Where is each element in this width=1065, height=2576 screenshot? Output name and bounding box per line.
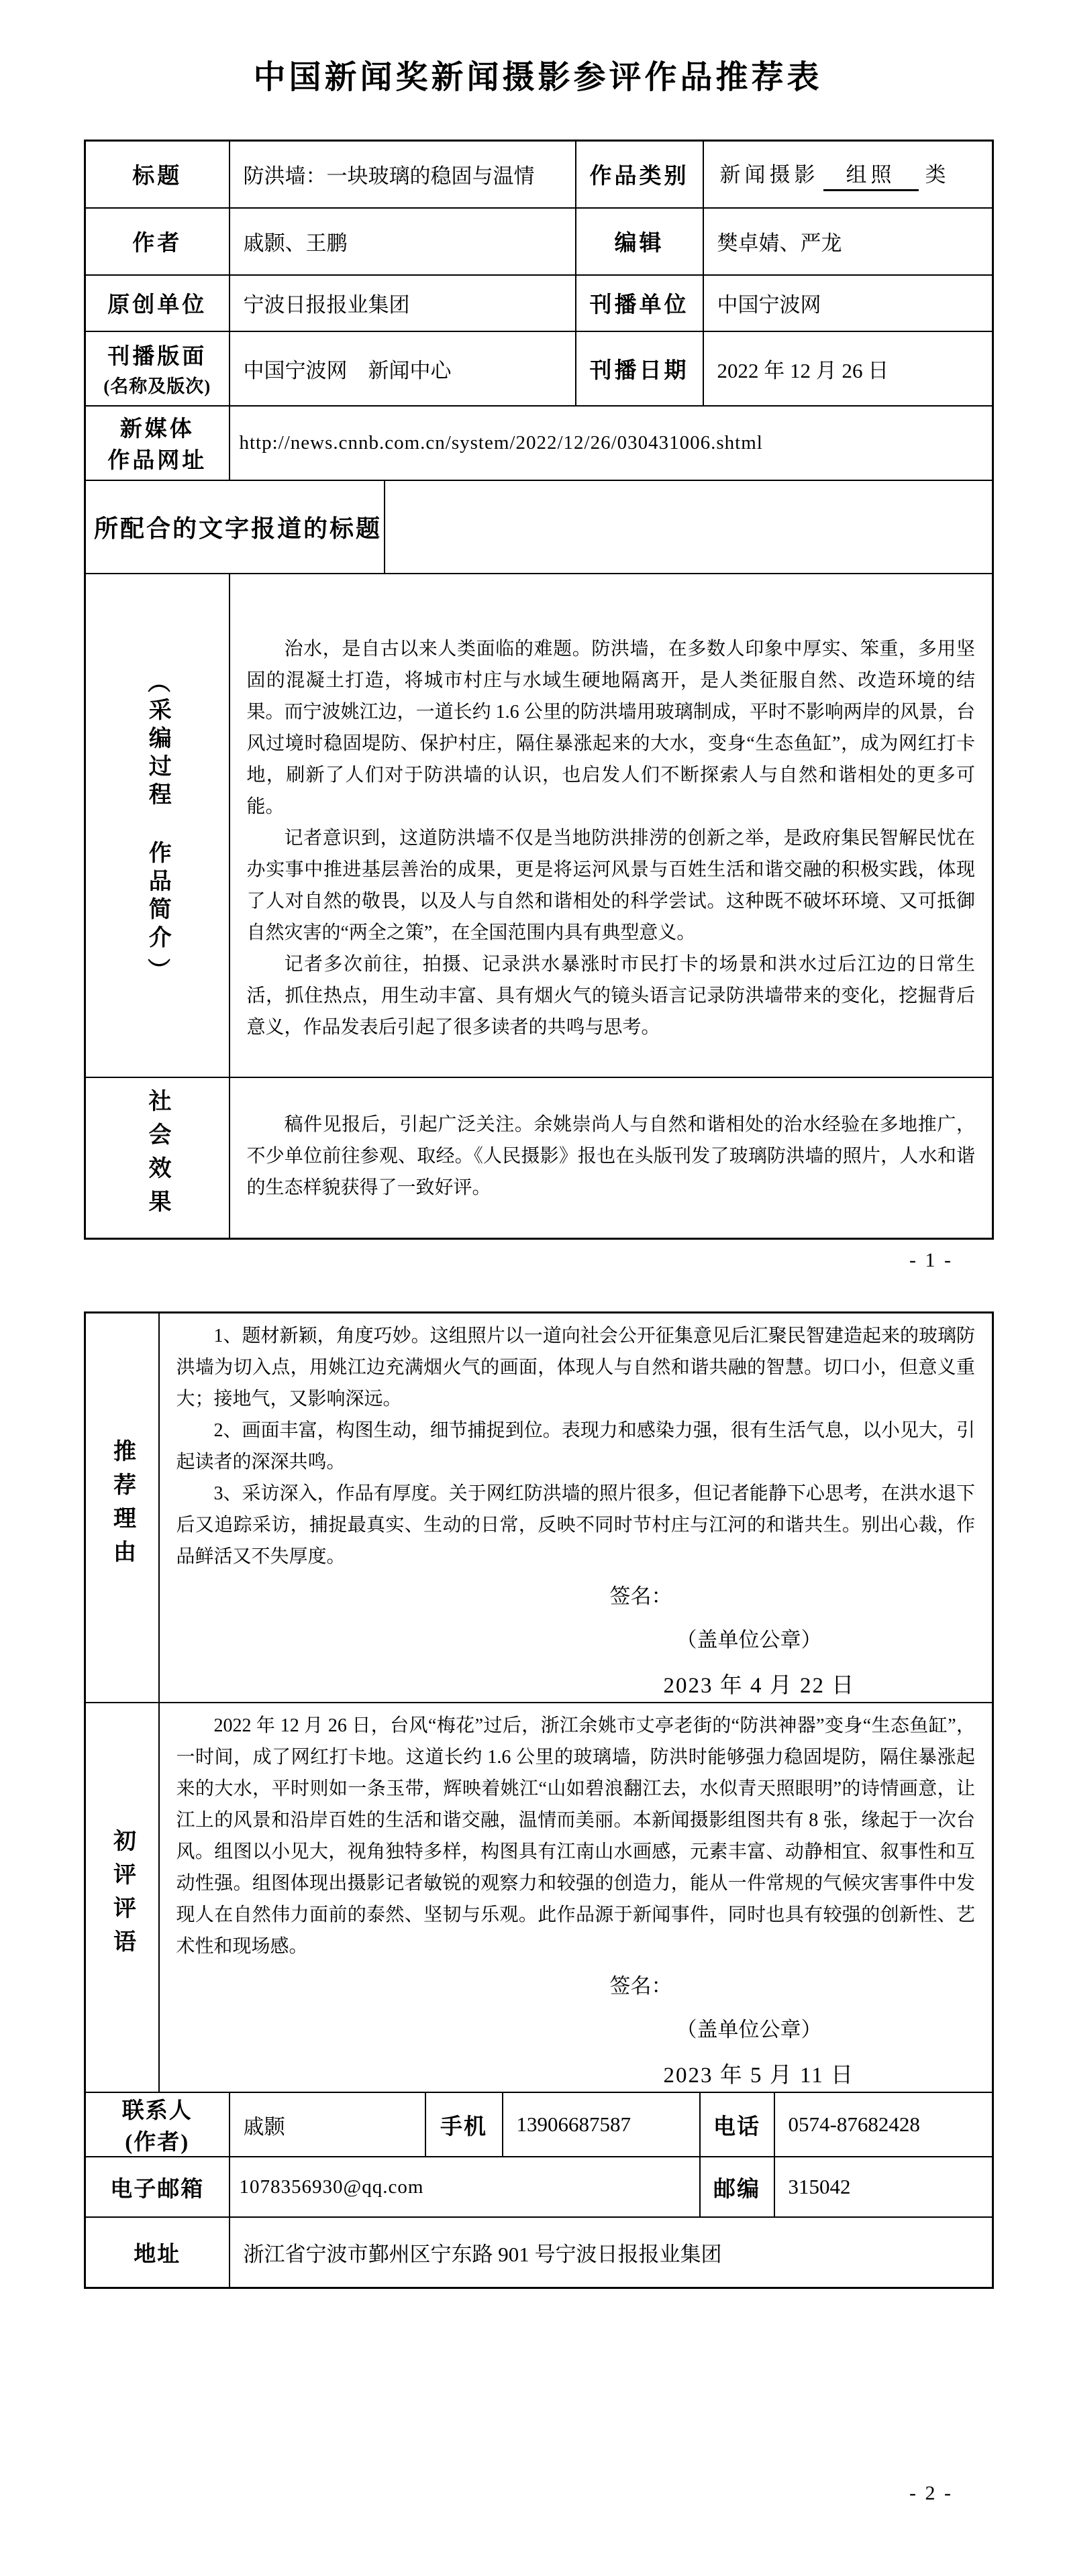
page-number-2: - 2 - — [84, 2482, 992, 2505]
initial-review-sign-label: 签名： — [610, 1970, 976, 2002]
initial-review-label: 初评评语 — [109, 1829, 134, 1963]
row-text-report-title: 所配合的文字报道的标题 — [85, 480, 993, 574]
title-value: 防洪墙：一块玻璃的稳固与温情 — [230, 141, 576, 208]
url-label-line1: 新媒体 — [86, 411, 229, 443]
document-title: 中国新闻奖新闻摄影参评作品推荐表 — [84, 51, 992, 97]
recommendation-date: 2023 年 4 月 22 日 — [664, 1670, 976, 1702]
intro-content: 治水，是自古以来人类面临的难题。防洪墙，在多数人印象中厚实、笨重，多用坚固的混凝… — [230, 574, 993, 1077]
author-label: 作者 — [85, 208, 230, 275]
social-effect-paragraph: 稿件见报后，引起广泛关注。余姚崇尚人与自然和谐相处的治水经验在多地推广，不少单位… — [247, 1109, 976, 1203]
category-prefix: 新闻摄影 — [720, 163, 819, 186]
initial-review-label-cell: 初评评语 — [85, 1703, 159, 2092]
email-label: 电子邮箱 — [85, 2157, 230, 2217]
intro-label-cell: （ 采编过程 作品简介 ） — [85, 574, 230, 1077]
page-number-1: - 1 - — [84, 1249, 992, 1272]
phone-value: 0574-87682428 — [774, 2092, 993, 2157]
email-value: 1078356930@qq.com — [230, 2157, 700, 2217]
recommendation-signature-block: 签名： （盖单位公章） 2023 年 4 月 22 日 — [176, 1580, 976, 1702]
postcode-value: 315042 — [774, 2157, 993, 2217]
intro-label-paren-open: （ — [145, 670, 169, 693]
recommendation-paragraph-2: 2、画面丰富，构图生动，细节捕捉到位。表现力和感染力强，很有生活气息，以小见大，… — [176, 1415, 976, 1478]
author-value: 戚颢、王鹏 — [230, 208, 576, 275]
contact-label: 联系人 (作者) — [85, 2092, 230, 2157]
intro-label-columns: 采编过程 作品简介 — [138, 698, 176, 953]
initial-review-content: 2022 年 12 月 26 日，台风“梅花”过后，浙江余姚市丈亭老街的“防洪神… — [159, 1703, 993, 2092]
mobile-value: 13906687587 — [503, 2092, 700, 2157]
recommendation-label-cell: 推荐理由 — [85, 1313, 159, 1703]
row-layout: 刊播版面 (名称及版次) 中国宁波网 新闻中心 刊播日期 2022 年 12 月… — [85, 331, 993, 406]
origin-unit-value: 宁波日报报业集团 — [230, 275, 576, 331]
recommendation-label: 推荐理由 — [109, 1439, 134, 1573]
category-value: 新闻摄影组照类 — [703, 141, 993, 208]
intro-paragraph-2: 记者意识到，这道防洪墙不仅是当地防洪排涝的创新之举，是政府集民智解民忧在办实事中… — [247, 822, 976, 949]
row-title: 标题 防洪墙：一块玻璃的稳固与温情 作品类别 新闻摄影组照类 — [85, 141, 993, 208]
publish-date-label: 刊播日期 — [576, 331, 703, 406]
social-effect-label: 社会效果 — [145, 1089, 170, 1223]
postcode-label: 邮编 — [700, 2157, 774, 2217]
row-contact: 联系人 (作者) 戚颢 手机 13906687587 电话 0574-87682… — [85, 2092, 993, 2157]
text-report-title-label: 所配合的文字报道的标题 — [85, 480, 385, 574]
url-label: 新媒体 作品网址 — [85, 406, 230, 480]
intro-label-summary: 作品简介 — [145, 841, 170, 953]
category-suffix: 类 — [925, 163, 950, 186]
initial-review-stamp-note: （盖单位公章） — [676, 2014, 976, 2045]
entry-form-table-page2: 推荐理由 1、题材新颖，角度巧妙。这组照片以一道向社会公开征集意见后汇聚民智建造… — [84, 1311, 994, 2289]
layout-label-line2: (名称及版次) — [86, 372, 229, 398]
address-label: 地址 — [85, 2217, 230, 2288]
recommendation-sign-label: 签名： — [610, 1580, 976, 1612]
url-value: http://news.cnnb.com.cn/system/2022/12/2… — [230, 406, 993, 480]
social-effect-content: 稿件见报后，引起广泛关注。余姚崇尚人与自然和谐相处的治水经验在多地推广，不少单位… — [230, 1077, 993, 1239]
publish-date-value: 2022 年 12 月 26 日 — [703, 331, 993, 406]
intro-paragraph-1: 治水，是自古以来人类面临的难题。防洪墙，在多数人印象中厚实、笨重，多用坚固的混凝… — [247, 633, 976, 822]
row-address: 地址 浙江省宁波市鄞州区宁东路 901 号宁波日报报业集团 — [85, 2217, 993, 2288]
origin-unit-label: 原创单位 — [85, 275, 230, 331]
layout-value: 中国宁波网 新闻中心 — [230, 331, 576, 406]
intro-vertical-label: （ 采编过程 作品简介 ） — [86, 669, 229, 981]
row-social-effect: 社会效果 稿件见报后，引起广泛关注。余姚崇尚人与自然和谐相处的治水经验在多地推广… — [85, 1077, 993, 1239]
recommendation-stamp-note: （盖单位公章） — [676, 1624, 976, 1656]
contact-value: 戚颢 — [230, 2092, 425, 2157]
row-email: 电子邮箱 1078356930@qq.com 邮编 315042 — [85, 2157, 993, 2217]
layout-label-line1: 刊播版面 — [86, 339, 229, 370]
editor-value: 樊卓婧、严龙 — [703, 208, 993, 275]
initial-review-date: 2023 年 5 月 11 日 — [664, 2060, 976, 2092]
phone-label: 电话 — [700, 2092, 774, 2157]
row-url: 新媒体 作品网址 http://news.cnnb.com.cn/system/… — [85, 406, 993, 480]
recommendation-content: 1、题材新颖，角度巧妙。这组照片以一道向社会公开征集意见后汇聚民智建造起来的玻璃… — [159, 1313, 993, 1703]
publish-unit-value: 中国宁波网 — [703, 275, 993, 331]
title-label: 标题 — [85, 141, 230, 208]
contact-label-line2: (作者) — [86, 2125, 229, 2156]
intro-paragraph-3: 记者多次前往，拍摄、记录洪水暴涨时市民打卡的场景和洪水过后江边的日常生活，抓住热… — [247, 949, 976, 1043]
recommendation-paragraph-1: 1、题材新颖，角度巧妙。这组照片以一道向社会公开征集意见后汇聚民智建造起来的玻璃… — [176, 1320, 976, 1415]
editor-label: 编辑 — [576, 208, 703, 275]
text-report-title-value — [385, 480, 993, 574]
intro-label-process: 采编过程 — [145, 698, 170, 810]
contact-label-line1: 联系人 — [86, 2093, 229, 2125]
entry-form-table-page1: 标题 防洪墙：一块玻璃的稳固与温情 作品类别 新闻摄影组照类 作者 戚颢、王鹏 … — [84, 140, 994, 1240]
url-label-line2: 作品网址 — [86, 443, 229, 474]
layout-label: 刊播版面 (名称及版次) — [85, 331, 230, 406]
address-value: 浙江省宁波市鄞州区宁东路 901 号宁波日报报业集团 — [230, 2217, 993, 2288]
row-origin-unit: 原创单位 宁波日报报业集团 刊播单位 中国宁波网 — [85, 275, 993, 331]
social-effect-label-cell: 社会效果 — [85, 1077, 230, 1239]
category-fill-underlined: 组照 — [823, 158, 919, 191]
row-intro: （ 采编过程 作品简介 ） 治水，是自古以来人类面临的难题。防洪墙，在多数人印象… — [85, 574, 993, 1077]
row-initial-review: 初评评语 2022 年 12 月 26 日，台风“梅花”过后，浙江余姚市丈亭老街… — [85, 1703, 993, 2092]
publish-unit-label: 刊播单位 — [576, 275, 703, 331]
row-author: 作者 戚颢、王鹏 编辑 樊卓婧、严龙 — [85, 208, 993, 275]
mobile-label: 手机 — [425, 2092, 503, 2157]
initial-review-paragraph: 2022 年 12 月 26 日，台风“梅花”过后，浙江余姚市丈亭老街的“防洪神… — [176, 1710, 976, 1962]
recommendation-paragraph-3: 3、采访深入，作品有厚度。关于网红防洪墙的照片很多，但记者能静下心思考，在洪水退… — [176, 1478, 976, 1572]
category-label: 作品类别 — [576, 141, 703, 208]
row-recommendation: 推荐理由 1、题材新颖，角度巧妙。这组照片以一道向社会公开征集意见后汇聚民智建造… — [85, 1313, 993, 1703]
intro-label-paren-close: ） — [145, 958, 169, 981]
document-page: 中国新闻奖新闻摄影参评作品推荐表 标题 防洪墙：一块玻璃的稳固与温情 作品类别 … — [0, 0, 1065, 2576]
initial-review-signature-block: 签名： （盖单位公章） 2023 年 5 月 11 日 — [176, 1970, 976, 2092]
